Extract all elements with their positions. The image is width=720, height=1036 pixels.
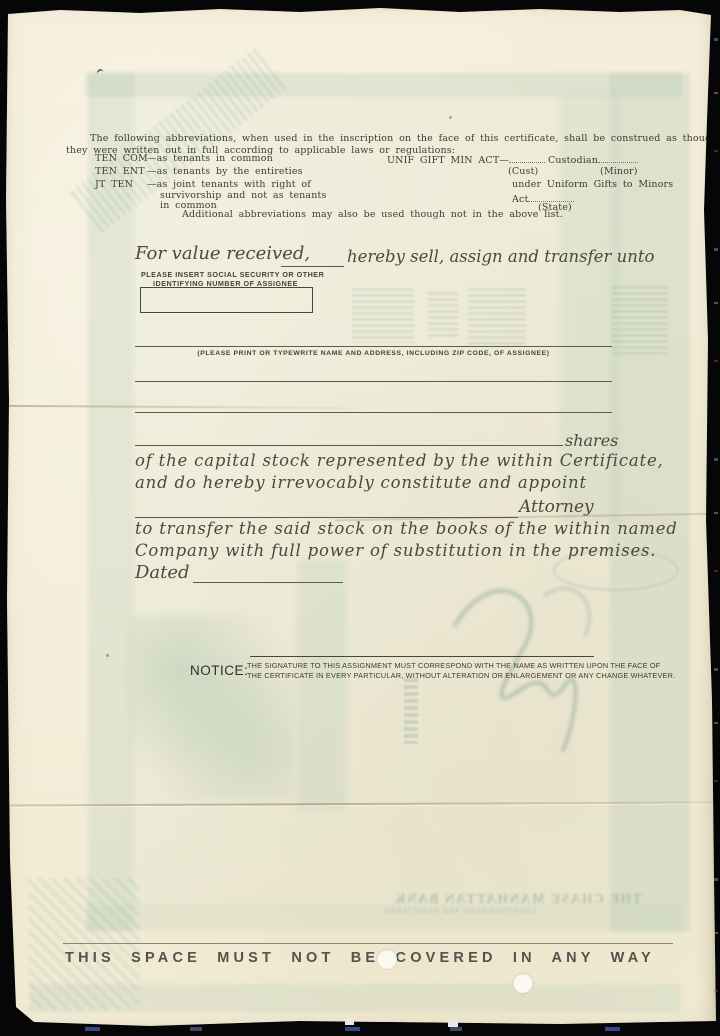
ssn-instruction-line-1: PLEASE INSERT SOCIAL SECURITY OR OTHER (141, 270, 324, 279)
abbr-jt-ten: JT TEN (95, 179, 147, 190)
abbr-ten-com-def: —as tenants in common (147, 153, 273, 164)
assignee-blank-line-1 (135, 346, 612, 347)
hereby-sell-script: hereby sell, assign and transfer unto (347, 247, 654, 266)
abbr-row-ten-ent: TEN ENT—as tenants by the entireties (95, 166, 303, 177)
print-name-instruction: (PLEASE PRINT OR TYPEWRITE NAME AND ADDR… (135, 350, 612, 357)
act-label: Act (512, 194, 528, 205)
attorney-blank-line (135, 517, 518, 518)
dotted-leader (528, 192, 574, 202)
shares-blank-line (135, 445, 563, 446)
paper-bottom-notch (345, 1018, 354, 1025)
notice-label: NOTICE: (190, 663, 248, 678)
hole-punch-2 (513, 973, 533, 993)
notice-text-line-2: THE CERTIFICATE IN EVERY PARTICULAR, WIT… (247, 671, 675, 680)
abbr-ten-ent: TEN ENT (95, 166, 147, 177)
signature-line (250, 656, 594, 657)
dotted-leader (509, 153, 545, 163)
dated-script: Dated (135, 562, 190, 583)
unif-gift-row: UNIF GIFT MIN ACT—Custodian (387, 153, 638, 166)
scan-edge-noise-bottom (30, 1027, 690, 1031)
transfer-script-line-1: to transfer the said stock on the books … (135, 519, 678, 538)
abbr-row-jt-ten: JT TEN—as joint tenants with right of (95, 179, 311, 190)
assignee-blank-line-3 (135, 412, 612, 413)
abbr-row-ten-com: TEN COM—as tenants in common (95, 153, 273, 164)
paper-bottom-notch (448, 1019, 458, 1027)
attorney-script: Attorney (519, 497, 594, 517)
abbr-jt-ten-def: —as joint tenants with right of (147, 179, 311, 190)
capital-stock-script-line-1: of the capital stock represented by the … (135, 451, 664, 470)
for-value-received-script: For value received, (135, 243, 310, 264)
abbreviations-intro-line-1: The following abbreviations, when used i… (90, 133, 718, 144)
scan-edge-noise-right (714, 0, 718, 1036)
additional-abbreviations-note: Additional abbreviations may also be use… (182, 209, 563, 220)
minor-paren-label: (Minor) (600, 166, 638, 177)
capital-stock-script-line-2: and do hereby irrevocably constitute and… (135, 473, 587, 492)
ssn-entry-box (140, 287, 313, 313)
cust-paren-label: (Cust) (508, 166, 538, 177)
abbr-ten-com: TEN COM (95, 153, 147, 164)
paper-sheet: THE CHASE MANHATTAN BANK COUNTERSIGNED A… (0, 0, 720, 1036)
abbr-ten-ent-def: —as tenants by the entireties (147, 166, 303, 177)
dotted-leader (598, 153, 638, 163)
under-uniform-gifts-label: under Uniform Gifts to Minors (512, 179, 673, 190)
notice-text-line-1: THE SIGNATURE TO THIS ASSIGNMENT MUST CO… (247, 661, 660, 670)
transfer-script-line-2: Company with full power of substitution … (135, 541, 656, 560)
custodian-label: Custodian (548, 155, 598, 166)
hole-punch-1 (377, 949, 397, 969)
assignment-form-content: The following abbreviations, when used i… (0, 0, 720, 1036)
shares-script: shares (565, 431, 618, 450)
assignee-blank-line-2 (135, 381, 612, 382)
dated-blank-line (193, 582, 343, 583)
seller-name-blank-line (281, 266, 344, 267)
footer-rule (63, 943, 673, 944)
footer-warning-text: THIS SPACE MUST NOT BE COVERED IN ANY WA… (60, 950, 660, 966)
unif-gift-label: UNIF GIFT MIN ACT— (387, 155, 509, 166)
